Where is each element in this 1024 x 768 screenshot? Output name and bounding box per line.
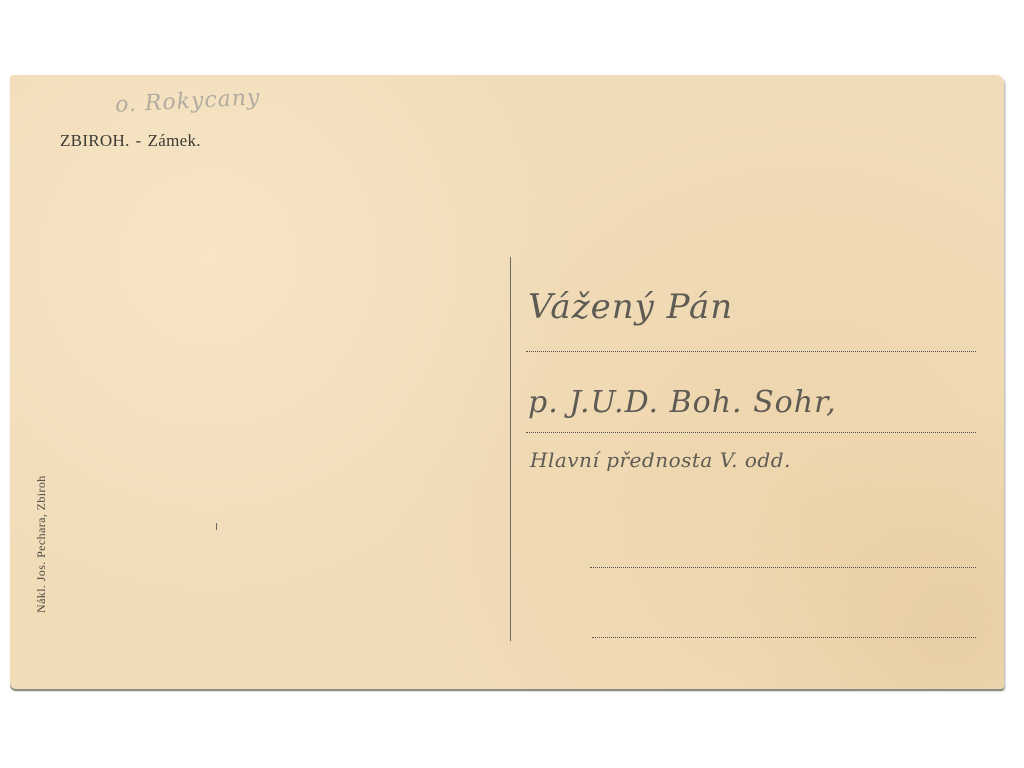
title-place: ZBIROH. bbox=[60, 131, 130, 150]
dotted-address-rule-1 bbox=[526, 351, 976, 352]
address-line-3: Hlavní přednosta V. odd. bbox=[530, 448, 791, 472]
pencil-annotation: o. Rokycany bbox=[114, 85, 261, 118]
image-stage: o. Rokycany ZBIROH.-Zámek. Nákl. Jos. Pe… bbox=[0, 0, 1024, 768]
dotted-address-rule-3 bbox=[590, 567, 976, 568]
publisher-imprint: Nákl. Jos. Pechara, Zbiroh bbox=[34, 475, 49, 613]
dotted-address-rule-2 bbox=[526, 432, 976, 433]
print-mark bbox=[216, 523, 217, 530]
address-line-1: Vážený Pán bbox=[528, 287, 733, 327]
printed-title: ZBIROH.-Zámek. bbox=[60, 131, 201, 151]
title-subject: Zámek. bbox=[148, 131, 201, 150]
postcard-back: o. Rokycany ZBIROH.-Zámek. Nákl. Jos. Pe… bbox=[10, 75, 1004, 689]
address-line-2: p. J.U.D. Boh. Sohr, bbox=[528, 385, 837, 420]
address-divider-line bbox=[510, 257, 511, 641]
dotted-address-rule-4 bbox=[592, 637, 976, 638]
title-separator: - bbox=[136, 131, 142, 150]
